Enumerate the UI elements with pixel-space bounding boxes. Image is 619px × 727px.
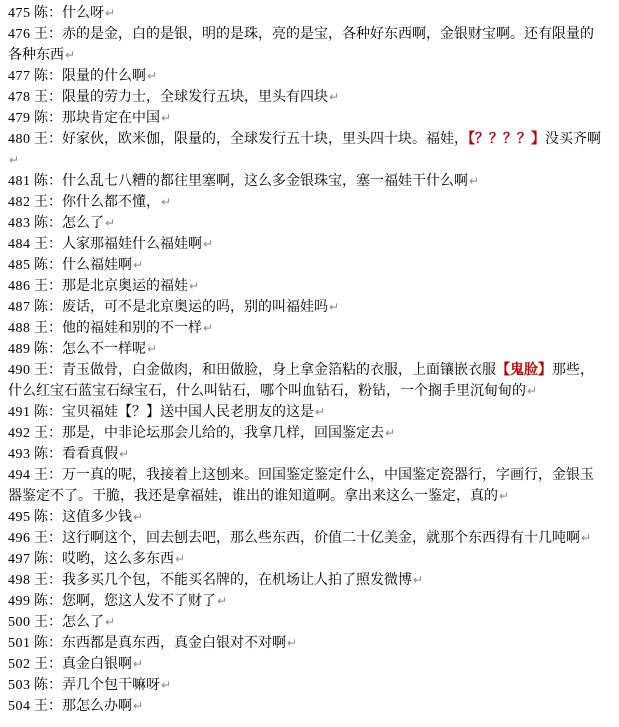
line-number: 486 (8, 279, 31, 294)
paragraph-mark-icon: ↵ (202, 237, 213, 251)
line-text: 看看真假 (62, 447, 118, 462)
dialogue-line: 494 王：万一真的呢，我接着上这刨来。回国鉴定鉴定什么，中国鉴定瓷器行，字画行… (8, 465, 607, 507)
line-text: 我多买几个包，不能买名牌的，在机场让人拍了照发微博 (62, 573, 412, 588)
line-number: 499 (8, 594, 31, 609)
line-text: 怎么了 (62, 216, 104, 231)
line-number: 489 (8, 342, 31, 357)
speaker-label: 陈： (34, 258, 62, 273)
line-text: 什么呀 (62, 6, 104, 21)
line-number: 498 (8, 573, 31, 588)
dialogue-line: 479 陈：那块肯定在中国↵ (8, 108, 607, 129)
paragraph-mark-icon: ↵ (498, 489, 509, 503)
line-text: 怎么了 (62, 615, 104, 630)
line-text: 人家那福娃什么福娃啊 (62, 237, 202, 252)
paragraph-mark-icon: ↵ (188, 279, 199, 293)
paragraph-mark-icon: ↵ (132, 258, 143, 272)
dialogue-transcript: 475 陈：什么呀↵476 王：赤的是金，白的是银，明的是珠，亮的是宝，各种好东… (0, 0, 619, 721)
line-text: 废话，可不是北京奥运的吗，别的叫福娃吗 (62, 300, 328, 315)
paragraph-mark-icon: ↵ (160, 195, 171, 209)
line-number: 488 (8, 321, 31, 336)
speaker-label: 王： (34, 468, 62, 483)
line-number: 487 (8, 300, 31, 315)
speaker-label: 陈： (34, 342, 62, 357)
paragraph-mark-icon: ↵ (216, 594, 227, 608)
speaker-label: 王： (34, 699, 62, 714)
dialogue-line: 502 王：真金白银啊↵ (8, 654, 607, 675)
dialogue-line: 495 陈：这值多少钱↵ (8, 507, 607, 528)
dialogue-line: 488 王：他的福娃和别的不一样↵ (8, 318, 607, 339)
speaker-label: 陈： (34, 174, 62, 189)
line-text: 赤的是金，白的是银，明的是珠，亮的是宝，各种好东西啊，金银财宝啊。还有限量的各种… (8, 27, 594, 63)
speaker-label: 王： (34, 195, 62, 210)
paragraph-mark-icon: ↵ (314, 405, 325, 419)
line-number: 479 (8, 111, 31, 126)
speaker-label: 王： (34, 426, 62, 441)
red-annotation-text: 【鬼脸】 (496, 363, 552, 378)
dialogue-line: 493 陈：看看真假↵ (8, 444, 607, 465)
line-text: 弄几个包干嘛呀 (62, 678, 160, 693)
dialogue-line: 482 王：你什么都不懂，↵ (8, 192, 607, 213)
line-text: 他的福娃和别的不一样 (62, 321, 202, 336)
paragraph-mark-icon: ↵ (118, 447, 129, 461)
line-text: 哎哟，这么多东西 (62, 552, 174, 567)
line-text: 那是北京奥运的福娃 (62, 279, 188, 294)
speaker-label: 陈： (34, 111, 62, 126)
line-text: 这行啊这个，回去刨去吧，那么些东西，价值二十亿美金，就那个东西得有十几吨啊 (62, 531, 580, 546)
speaker-label: 王： (34, 363, 62, 378)
line-number: 492 (8, 426, 31, 441)
paragraph-mark-icon: ↵ (104, 6, 115, 20)
paragraph-mark-icon: ↵ (328, 90, 339, 104)
speaker-label: 王： (34, 90, 62, 105)
paragraph-mark-icon: ↵ (104, 615, 115, 629)
dialogue-line: 490 王：青玉做骨，白金做肉，和田做脸，身上拿金箔粘的衣服，上面镶嵌衣服【鬼脸… (8, 360, 607, 402)
paragraph-mark-icon: ↵ (64, 48, 75, 62)
line-text: 什么福娃啊 (62, 258, 132, 273)
line-number: 501 (8, 636, 31, 651)
dialogue-line: 499 陈：您啊，您这人发不了财了↵ (8, 591, 607, 612)
dialogue-line: 476 王：赤的是金，白的是银，明的是珠，亮的是宝，各种好东西啊，金银财宝啊。还… (8, 24, 607, 66)
dialogue-line: 500 王：怎么了↵ (8, 612, 607, 633)
line-number: 495 (8, 510, 31, 525)
line-text: 这值多少钱 (62, 510, 132, 525)
paragraph-mark-icon: ↵ (146, 342, 157, 356)
line-text: 您啊，您这人发不了财了 (62, 594, 216, 609)
speaker-label: 陈： (34, 594, 62, 609)
paragraph-mark-icon: ↵ (8, 153, 19, 167)
dialogue-line: 485 陈：什么福娃啊↵ (8, 255, 607, 276)
dialogue-line: 504 王：那怎么办啊↵ (8, 696, 607, 717)
line-number: 496 (8, 531, 31, 546)
line-text: 宝贝福娃【？】送中国人民老朋友的这是 (62, 405, 314, 420)
paragraph-mark-icon: ↵ (202, 321, 213, 335)
line-number: 490 (8, 363, 31, 378)
speaker-label: 陈： (34, 6, 62, 21)
dialogue-line: 498 王：我多买几个包，不能买名牌的，在机场让人拍了照发微博↵ (8, 570, 607, 591)
speaker-label: 陈： (34, 552, 62, 567)
line-number: 476 (8, 27, 31, 42)
dialogue-line: 481 陈：什么乱七八糟的都往里塞啊，这么多金银珠宝，塞一福娃干什么啊↵ (8, 171, 607, 192)
line-number: 478 (8, 90, 31, 105)
dialogue-line: 496 王：这行啊这个，回去刨去吧，那么些东西，价值二十亿美金，就那个东西得有十… (8, 528, 607, 549)
dialogue-line: 489 陈：怎么不一样呢↵ (8, 339, 607, 360)
line-number: 503 (8, 678, 31, 693)
speaker-label: 王： (34, 27, 62, 42)
dialogue-line: 491 陈：宝贝福娃【？】送中国人民老朋友的这是↵ (8, 402, 607, 423)
paragraph-mark-icon: ↵ (132, 510, 143, 524)
paragraph-mark-icon: ↵ (328, 300, 339, 314)
paragraph-mark-icon: ↵ (146, 69, 157, 83)
speaker-label: 王： (34, 615, 62, 630)
dialogue-line: 497 陈：哎哟，这么多东西↵ (8, 549, 607, 570)
paragraph-mark-icon: ↵ (132, 699, 143, 713)
dialogue-line: 475 陈：什么呀↵ (8, 3, 607, 24)
speaker-label: 王： (34, 279, 62, 294)
line-number: 497 (8, 552, 31, 567)
speaker-label: 王： (34, 321, 62, 336)
paragraph-mark-icon: ↵ (174, 552, 185, 566)
speaker-label: 王： (34, 132, 62, 147)
speaker-label: 陈： (34, 300, 62, 315)
speaker-label: 陈： (34, 510, 62, 525)
line-number: 504 (8, 699, 31, 714)
paragraph-mark-icon: ↵ (384, 426, 395, 440)
line-number: 502 (8, 657, 31, 672)
paragraph-mark-icon: ↵ (468, 174, 479, 188)
line-text: 那怎么办啊 (62, 699, 132, 714)
speaker-label: 陈： (34, 69, 62, 84)
line-number: 480 (8, 132, 31, 147)
paragraph-mark-icon: ↵ (286, 636, 297, 650)
line-number: 481 (8, 174, 31, 189)
line-number: 491 (8, 405, 31, 420)
paragraph-mark-icon: ↵ (160, 111, 171, 125)
dialogue-line: 477 陈：限量的什么啊↵ (8, 66, 607, 87)
line-number: 482 (8, 195, 31, 210)
line-number: 494 (8, 468, 31, 483)
line-text: 那块肯定在中国 (62, 111, 160, 126)
dialogue-line: 483 陈：怎么了↵ (8, 213, 607, 234)
line-text: 什么乱七八糟的都往里塞啊，这么多金银珠宝，塞一福娃干什么啊 (62, 174, 468, 189)
paragraph-mark-icon: ↵ (580, 531, 591, 545)
speaker-label: 王： (34, 237, 62, 252)
paragraph-mark-icon: ↵ (132, 657, 143, 671)
line-number: 500 (8, 615, 31, 630)
line-text: 怎么不一样呢 (62, 342, 146, 357)
line-number: 485 (8, 258, 31, 273)
red-annotation-text: 【？？？？】 (468, 132, 545, 147)
line-text: 那是，中非论坛那会儿给的，我拿几样，回国鉴定去 (62, 426, 384, 441)
line-number: 477 (8, 69, 31, 84)
dialogue-line: 480 王：好家伙，欧米伽，限量的，全球发行五十块，里头四十块。福娃，【？？？？… (8, 129, 607, 171)
line-text: 你什么都不懂， (62, 195, 160, 210)
speaker-label: 王： (34, 657, 62, 672)
dialogue-line: 501 陈：东西都是真东西，真金白银对不对啊↵ (8, 633, 607, 654)
line-number: 493 (8, 447, 31, 462)
dialogue-line: 492 王：那是，中非论坛那会儿给的，我拿几样，回国鉴定去↵ (8, 423, 607, 444)
speaker-label: 王： (34, 573, 62, 588)
dialogue-line: 486 王：那是北京奥运的福娃↵ (8, 276, 607, 297)
paragraph-mark-icon: ↵ (526, 384, 537, 398)
paragraph-mark-icon: ↵ (160, 678, 171, 692)
dialogue-line: 478 王：限量的劳力士，全球发行五块，里头有四块↵ (8, 87, 607, 108)
paragraph-mark-icon: ↵ (104, 216, 115, 230)
line-text: 好家伙，欧米伽，限量的，全球发行五十块，里头四十块。福娃， (62, 132, 468, 147)
line-number: 484 (8, 237, 31, 252)
line-text: 真金白银啊 (62, 657, 132, 672)
dialogue-line: 487 陈：废话，可不是北京奥运的吗，别的叫福娃吗↵ (8, 297, 607, 318)
dialogue-line: 503 陈：弄几个包干嘛呀↵ (8, 675, 607, 696)
speaker-label: 陈： (34, 405, 62, 420)
line-text: 限量的劳力士，全球发行五块，里头有四块 (62, 90, 328, 105)
line-text: 限量的什么啊 (62, 69, 146, 84)
line-text: 东西都是真东西，真金白银对不对啊 (62, 636, 286, 651)
line-text: 青玉做骨，白金做肉，和田做脸，身上拿金箔粘的衣服，上面镶嵌衣服 (62, 363, 496, 378)
speaker-label: 陈： (34, 678, 62, 693)
speaker-label: 王： (34, 531, 62, 546)
line-number: 483 (8, 216, 31, 231)
line-text: 没买齐啊 (545, 132, 601, 147)
dialogue-line: 484 王：人家那福娃什么福娃啊↵ (8, 234, 607, 255)
speaker-label: 陈： (34, 216, 62, 231)
speaker-label: 陈： (34, 447, 62, 462)
speaker-label: 陈： (34, 636, 62, 651)
paragraph-mark-icon: ↵ (412, 573, 423, 587)
line-number: 475 (8, 6, 31, 21)
